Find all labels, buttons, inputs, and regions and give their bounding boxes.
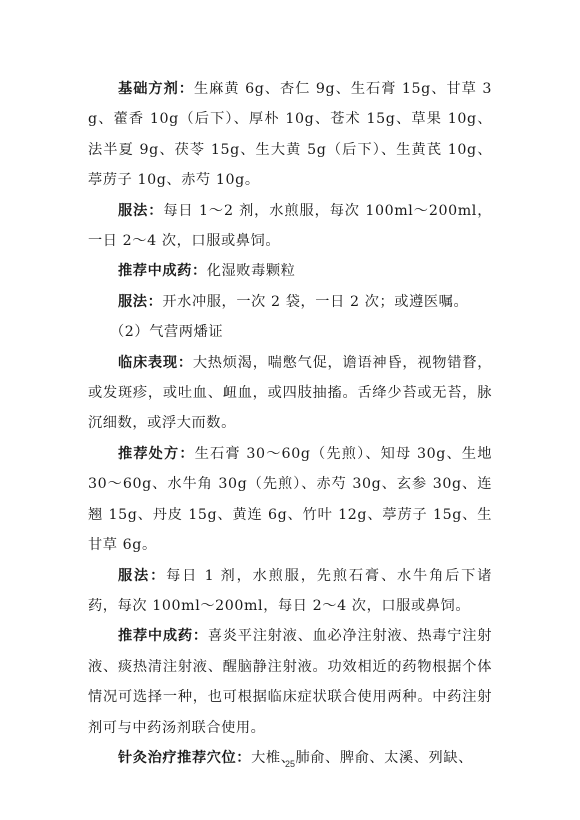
paragraph-dosage-3: 服法：每日 1 剂，水煎服，先煎石膏、水牛角后下诸药，每次 100ml～200m… [88,561,492,622]
paragraph-recommended-prescription: 推荐处方：生石膏 30～60g（先煎）、知母 30g、生地 30～60g、水牛角… [88,439,492,561]
paragraph-text: 化湿败毒颗粒 [207,263,296,279]
paragraph-label: 服法： [118,294,162,310]
section-heading: （2）气营两燔证 [88,317,492,347]
paragraph-base-formula: 基础方剂：生麻黄 6g、杏仁 9g、生石膏 15g、甘草 3g、藿香 10g（后… [88,74,492,196]
paragraph-label: 推荐中成药： [118,263,207,279]
paragraph-text: 开水冲服，一次 2 袋，一日 2 次；或遵医嘱。 [162,294,468,310]
document-page: 基础方剂：生麻黄 6g、杏仁 9g、生石膏 15g、甘草 3g、藿香 10g（后… [0,0,580,820]
paragraph-patent-medicine-2: 推荐中成药：喜炎平注射液、血必净注射液、热毒宁注射液、痰热清注射液、醒脑静注射液… [88,621,492,743]
paragraph-dosage-2: 服法：开水冲服，一次 2 袋，一日 2 次；或遵医嘱。 [88,287,492,317]
paragraph-label: 推荐处方： [118,446,195,462]
paragraph-label: 推荐中成药： [118,628,208,644]
paragraph-text: 喜炎平注射液、血必净注射液、热毒宁注射液、痰热清注射液、醒脑静注射液。功效相近的… [88,628,492,735]
paragraph-label: 服法： [118,203,163,219]
page-number: 25 [0,759,580,769]
paragraph-dosage-1: 服法：每日 1～2 剂，水煎服，每次 100ml～200ml，一日 2～4 次，… [88,196,492,257]
document-body: 基础方剂：生麻黄 6g、杏仁 9g、生石膏 15g、甘草 3g、藿香 10g（后… [88,74,492,773]
paragraph-patent-medicine-1: 推荐中成药：化湿败毒颗粒 [88,256,492,286]
paragraph-text: 生麻黄 6g、杏仁 9g、生石膏 15g、甘草 3g、藿香 10g（后下）、厚朴… [88,81,492,188]
paragraph-label: 临床表现： [118,355,193,371]
paragraph-label: 服法： [118,568,166,584]
paragraph-label: 基础方剂： [118,81,194,97]
paragraph-clinical-manifestation: 临床表现：大热烦渴，喘憋气促，谵语神昏，视物错瞀，或发斑疹，或吐血、衄血，或四肢… [88,348,492,439]
